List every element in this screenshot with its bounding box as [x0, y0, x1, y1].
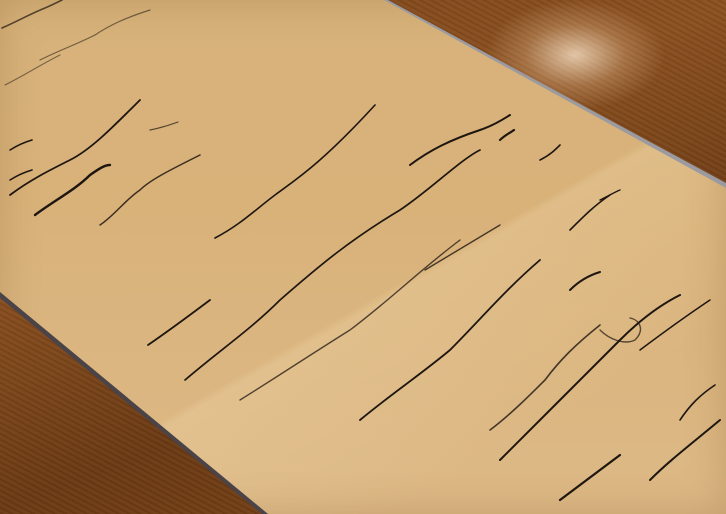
handwritten-script	[0, 0, 726, 514]
photo-scene	[0, 0, 726, 514]
